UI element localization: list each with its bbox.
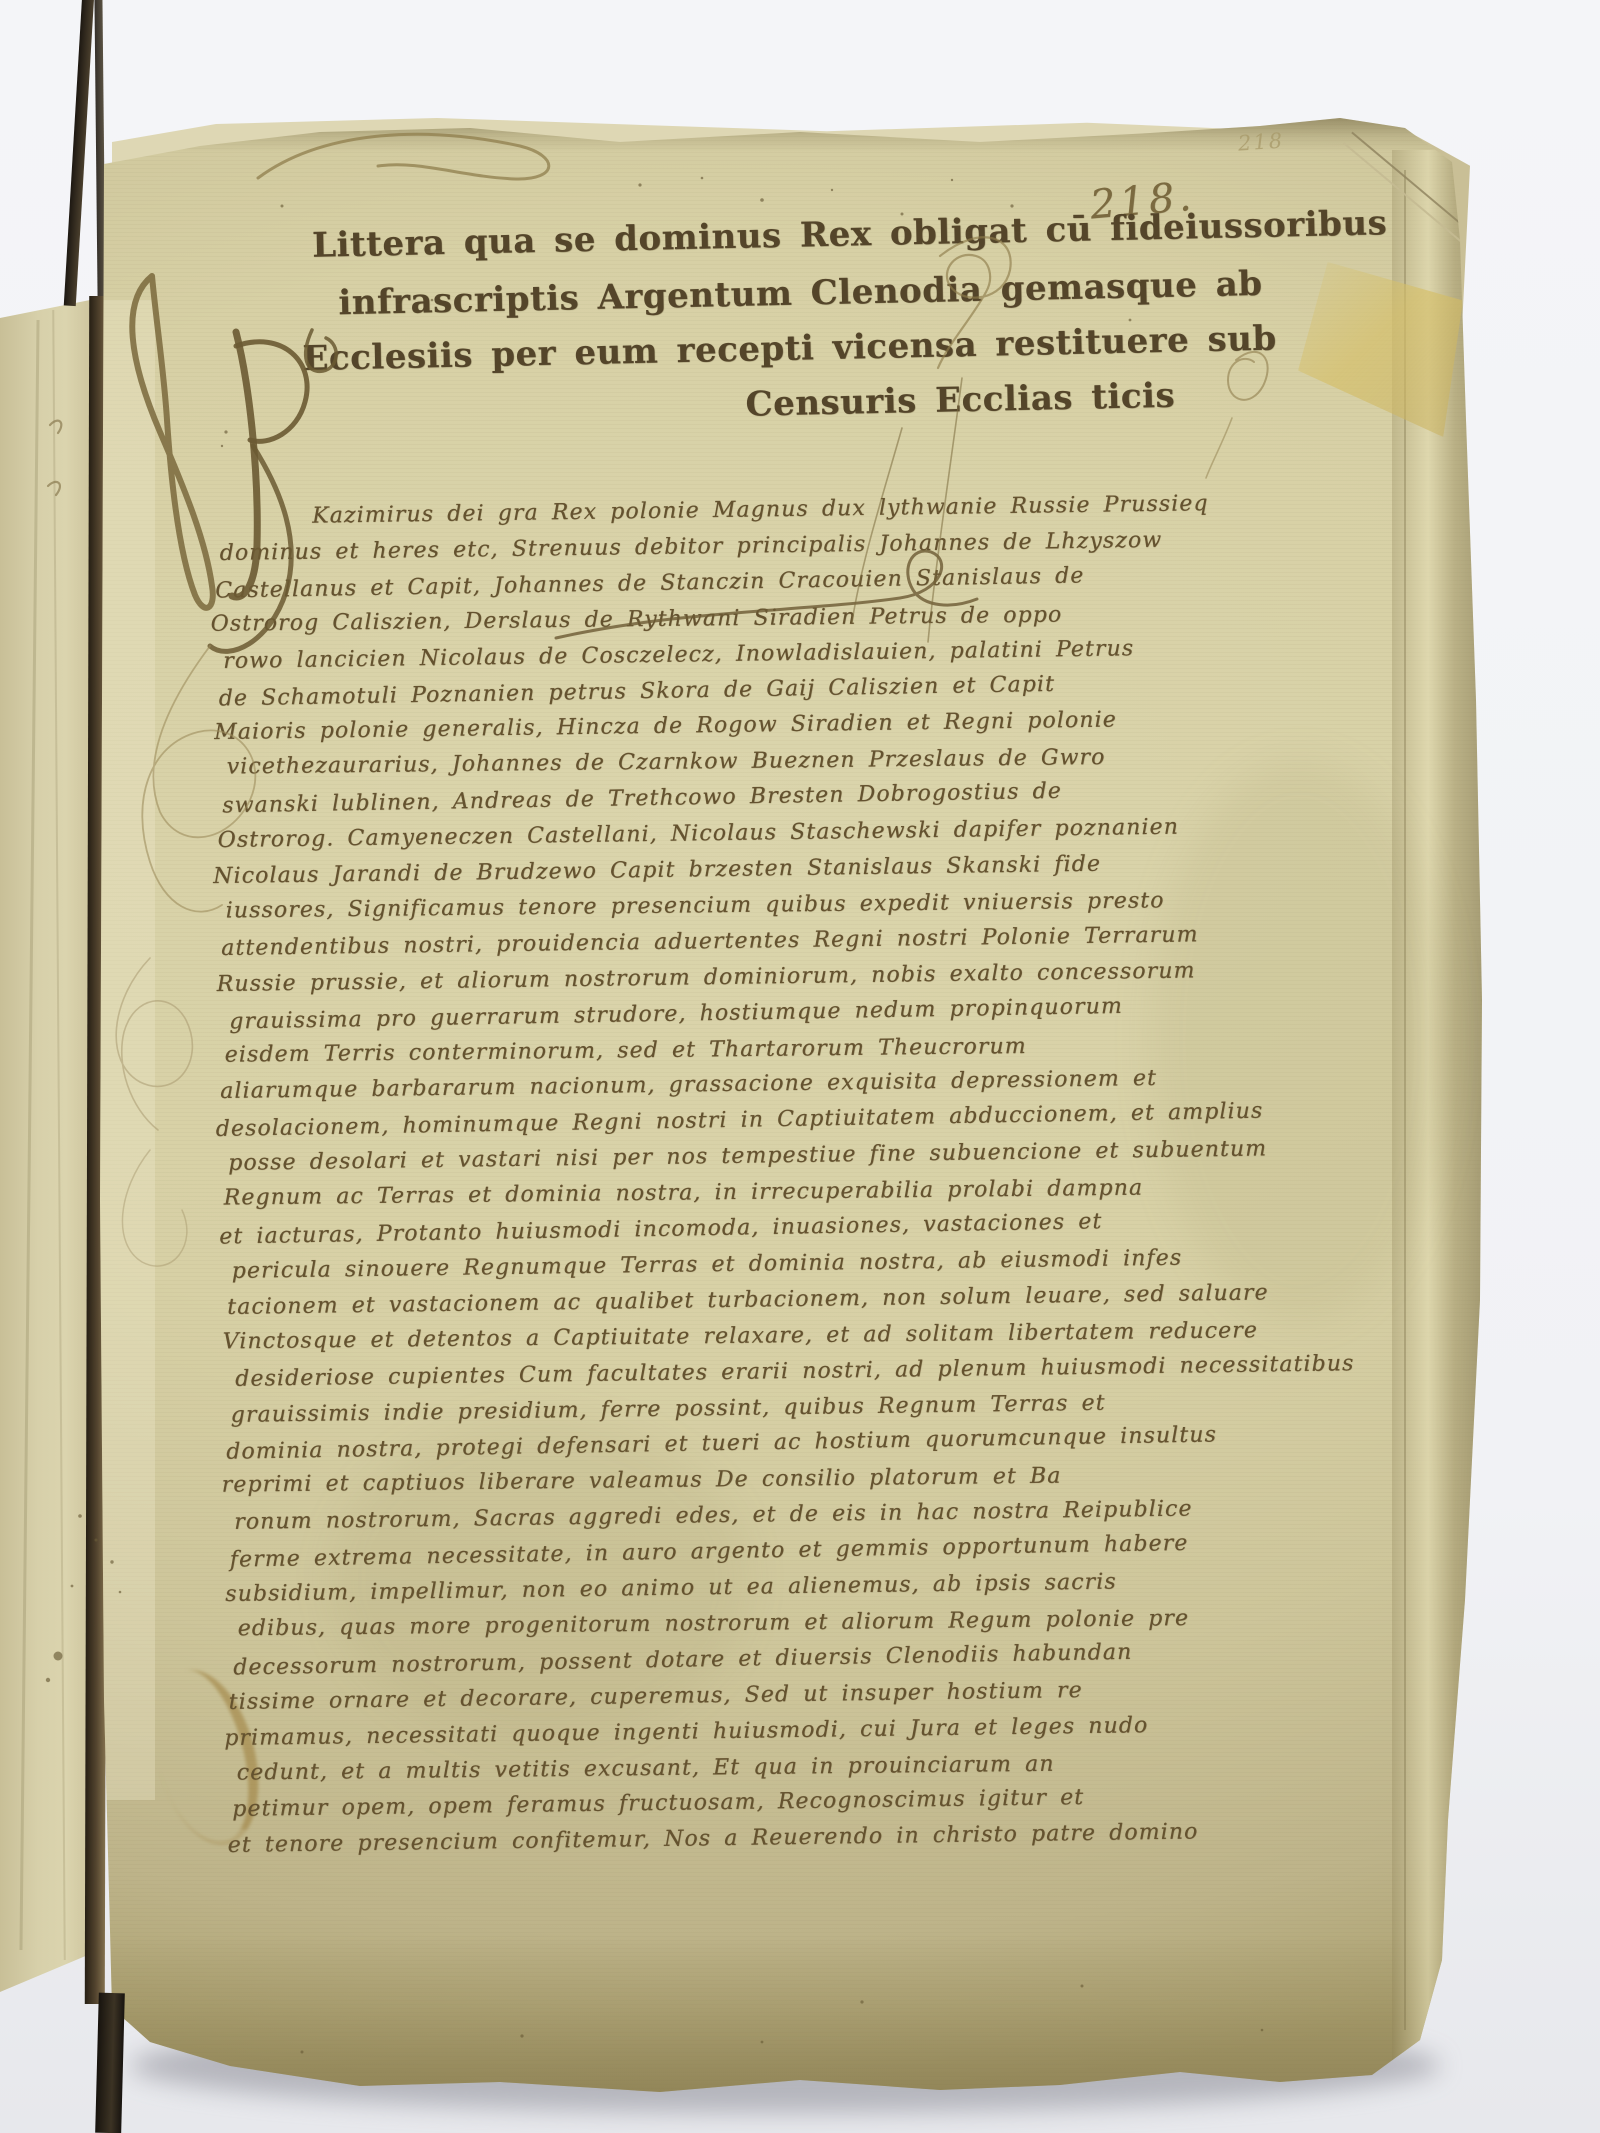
text-line: aliarumque barbararum nacionum, grassaci…: [220, 1066, 1157, 1104]
heading-line-3: Ecclesiis per eum recepti vicensa restit…: [302, 319, 1277, 379]
text-line: rowo lancicien Nicolaus de Cosczelecz, I…: [223, 636, 1134, 674]
binding-strap-bottom: [95, 1993, 125, 2133]
page-bottom-edge-wear: [100, 1935, 1460, 2095]
text-line: Kazimirus dei gra Rex polonie Magnus dux…: [312, 491, 1209, 529]
heading-line-4: Censuris Ecclias ticis: [745, 376, 1175, 425]
text-line: tacionem et vastacionem ac qualibet turb…: [227, 1280, 1269, 1320]
text-line: reprimi et captiuos liberare valeamus De…: [222, 1464, 1062, 1498]
text-line: grauissima pro guerrarum strudore, hosti…: [229, 993, 1123, 1034]
heading-line-2: infrascriptis Argentum Clenodia gemasque…: [338, 264, 1263, 323]
text-line: posse desolari et vastari nisi per nos t…: [228, 1137, 1267, 1177]
text-line: pericula sinouere Regnumque Terras et do…: [232, 1245, 1183, 1283]
text-line: de Schamotuli Poznanien petrus Skora de …: [218, 671, 1055, 711]
text-line: cedunt, et a multis vetitis excusant, Et…: [237, 1751, 1055, 1785]
text-line: Regnum ac Terras et dominia nostra, in i…: [224, 1176, 1144, 1211]
text-line: attendentibus nostri, prouidencia aduert…: [221, 922, 1199, 961]
text-line: grauissimis indie presidium, ferre possi…: [231, 1390, 1106, 1427]
text-line: Nicolaus Jarandi de Brudzewo Capit brzes…: [213, 852, 1101, 889]
text-line: et tenore presencium confitemur, Nos a R…: [228, 1820, 1199, 1859]
photo-background: 218. 218 Littera qua se dominus Rex obli…: [0, 0, 1600, 2133]
text-line: primamus, necessitati quoque ingenti hui…: [224, 1713, 1148, 1751]
text-line: eisdem Terris conterminorum, sed et Thar…: [225, 1033, 1027, 1067]
binding-strap-top: [64, 0, 94, 306]
heading-block: Littera qua se dominus Rex obligat cū fi…: [0, 0, 1595, 6]
text-line: Castellanus et Capit, Johannes de Stancz…: [215, 563, 1085, 603]
text-line: Ostrorog Caliszien, Derslaus de Rythwani…: [211, 602, 1063, 636]
parchment-mottle: [1150, 760, 1450, 1320]
text-line: desolacionem, hominumque Regni nostri in…: [216, 1099, 1264, 1142]
body-text: Kazimirus dei gra Rex polonie Magnus dux…: [0, 0, 1593, 3]
folio-number-faint: 218: [1237, 128, 1285, 155]
text-line: desideriose cupientes Cum facultates era…: [235, 1351, 1355, 1392]
text-line: petimur opem, opem feramus fructuosam, R…: [232, 1785, 1084, 1822]
text-line: et iacturas, Protanto huiusmodi incomoda…: [219, 1209, 1102, 1249]
manuscript-page: 218. 218 Littera qua se dominus Rex obli…: [0, 0, 1600, 2133]
text-line: Vinctosque et detentos a Captiuitate rel…: [223, 1318, 1259, 1354]
text-line: Russie prussie, et aliorum nostrorum dom…: [217, 958, 1196, 997]
text-line: iussores, Significamus tenore presencium…: [226, 888, 1165, 923]
text-line: dominia nostra, protegi defensari et tue…: [226, 1423, 1217, 1465]
heading-line-1: Littera qua se dominus Rex obligat cū fi…: [312, 203, 1388, 266]
text-line: swanski lublinen, Andreas de Trethcowo B…: [222, 779, 1062, 819]
text-line: vicethezaurarius, Johannes de Czarnkow B…: [227, 745, 1106, 780]
gutter-light-band: [100, 300, 155, 1800]
text-line: dominus et heres etc, Strenuus debitor p…: [220, 528, 1163, 566]
text-line: Maioris polonie generalis, Hincza de Rog…: [214, 708, 1117, 746]
text-line: Ostrorog. Camyeneczen Castellani, Nicola…: [218, 815, 1180, 853]
